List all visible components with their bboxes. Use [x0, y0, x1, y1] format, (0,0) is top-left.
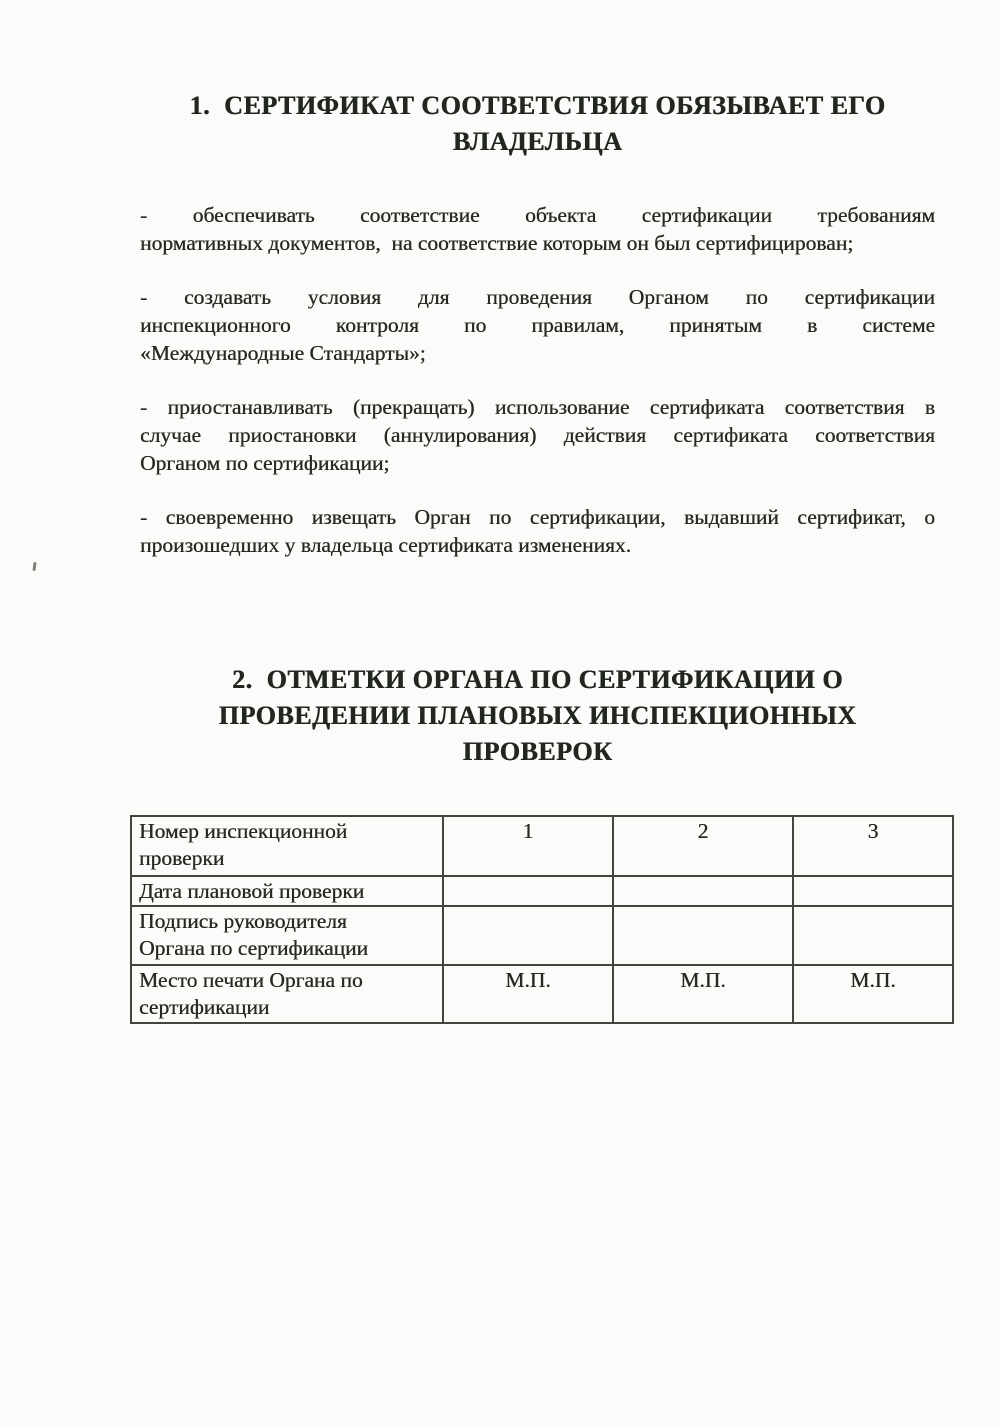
row-label-cell: Подпись руководителя Органа по сертифика…: [131, 906, 443, 965]
cell-check2-date: [613, 876, 793, 906]
cell-check1-signature: [443, 906, 613, 965]
paragraph-line: инспекционногоконтроляпоправилам,приняты…: [140, 311, 935, 339]
row-label-cell: Дата плановой проверки: [131, 876, 443, 906]
section2-heading: 2. ОТМЕТКИ ОРГАНА ПО СЕРТИФИКАЦИИ О ПРОВ…: [140, 662, 935, 770]
paragraph-line: произошедших у владельца сертификата изм…: [140, 531, 935, 559]
section1-heading-line-2: ВЛАДЕЛЬЦА: [140, 124, 935, 160]
cell-check2-number: 2: [613, 816, 793, 876]
document-page: 1. СЕРТИФИКАТ СООТВЕТСТВИЯ ОБЯЗЫВАЕТ ЕГО…: [0, 0, 1000, 1426]
scanned-document-page: { "page": { "colors": { "background": "#…: [0, 0, 1000, 1426]
row-label-cell: Место печати Органа по сертификации: [131, 965, 443, 1023]
paragraph-line: -своевременноизвещатьОрганпосертификации…: [140, 503, 935, 531]
cell-check1-stamp: М.П.: [443, 965, 613, 1023]
obligation-create-conditions: -создаватьусловиядляпроведенияОрганомпос…: [140, 283, 935, 367]
cell-check3-stamp: М.П.: [793, 965, 953, 1023]
paragraph-line: случаеприостановки(аннулирования)действи…: [140, 421, 935, 449]
obligation-ensure-conformity: -обеспечиватьсоответствиеобъектасертифик…: [140, 201, 935, 257]
table-row-check-date: Дата плановой проверки: [131, 876, 953, 906]
table-row-stamp-place: Место печати Органа по сертификации М.П.…: [131, 965, 953, 1023]
row-label-cell: Номер инспекционной проверки: [131, 816, 443, 876]
paragraph-line: -приостанавливать(прекращать)использован…: [140, 393, 935, 421]
cell-check3-signature: [793, 906, 953, 965]
paragraph-line: Органом по сертификации;: [140, 449, 935, 477]
section1-heading: 1. СЕРТИФИКАТ СООТВЕТСТВИЯ ОБЯЗЫВАЕТ ЕГО…: [140, 88, 935, 160]
paragraph-line: -создаватьусловиядляпроведенияОрганомпос…: [140, 283, 935, 311]
table-row-head-signature: Подпись руководителя Органа по сертифика…: [131, 906, 953, 965]
cell-check3-date: [793, 876, 953, 906]
section2-heading-line-2: ПРОВЕДЕНИИ ПЛАНОВЫХ ИНСПЕКЦИОННЫХ: [140, 698, 935, 734]
obligation-suspend-use: -приостанавливать(прекращать)использован…: [140, 393, 935, 477]
cell-check2-signature: [613, 906, 793, 965]
cell-check2-stamp: М.П.: [613, 965, 793, 1023]
cell-check1-number: 1: [443, 816, 613, 876]
inspection-checks-table: Номер инспекционной проверки 1 2 3 Дата …: [130, 815, 954, 1024]
cell-check3-number: 3: [793, 816, 953, 876]
obligation-notify-body: -своевременноизвещатьОрганпосертификации…: [140, 503, 935, 559]
section1-heading-line-1: 1. СЕРТИФИКАТ СООТВЕТСТВИЯ ОБЯЗЫВАЕТ ЕГО: [140, 88, 935, 124]
paragraph-line: -обеспечиватьсоответствиеобъектасертифик…: [140, 201, 935, 229]
section2-heading-line-1: 2. ОТМЕТКИ ОРГАНА ПО СЕРТИФИКАЦИИ О: [140, 662, 935, 698]
scan-artifact: [32, 562, 36, 571]
cell-check1-date: [443, 876, 613, 906]
paragraph-line: «Международные Стандарты»;: [140, 339, 935, 367]
paragraph-line: нормативных документов, на соответствие …: [140, 229, 935, 257]
table-row-inspection-number: Номер инспекционной проверки 1 2 3: [131, 816, 953, 876]
section2-heading-line-3: ПРОВЕРОК: [140, 734, 935, 770]
